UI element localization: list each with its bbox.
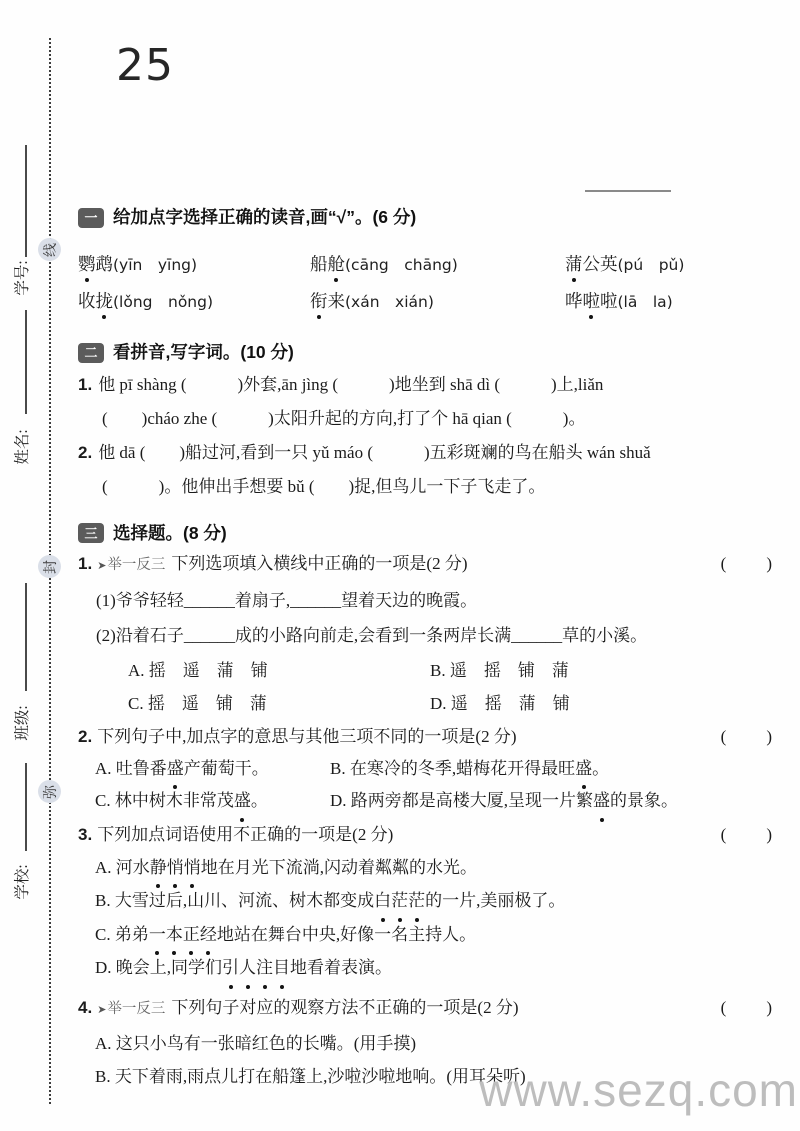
item-number: 1. [78, 375, 92, 394]
phonetic-word-grid: 鹦鹉(yīn yīng) 船舱(cāng chāng) 蒲公英(pú pǔ) 收… [78, 251, 774, 315]
class-blank-line [25, 583, 27, 691]
answer-paren: ( ) [721, 991, 774, 1024]
item-number: 2. [78, 443, 92, 462]
section-2-number-icon: 二 [78, 343, 104, 363]
hint-tag: 举一反三 [107, 993, 165, 1026]
option-a: A. 这只小鸟有一张暗红色的长嘴。(用手摸) [95, 1027, 774, 1061]
top-short-line [585, 190, 671, 192]
question-2-options: A. 吐鲁番盛产葡萄干。 B. 在寒冷的冬季,蜡梅花开得最旺盛。 C. 林中树木… [78, 753, 774, 818]
section-2-header: 二 看拼音,写字词。(10 分) [78, 339, 774, 366]
question-1-options: A. 摇 遥 蒲 铺 B. 遥 摇 铺 蒲 C. 摇 遥 铺 蒲 D. 遥 摇 … [78, 654, 774, 720]
item-text: ( )cháo zhe ( )太阳升起的方向,打了个 hā qian ( )。 [102, 409, 585, 428]
item-text: ( )。他伸出手想要 bǔ ( )捉,但鸟儿一下子飞走了。 [102, 477, 545, 496]
option-b: B. 大雪过后,山川、河流、树木都变成白茫茫的一片,美丽极了。 [95, 884, 774, 918]
section-1-number-icon: 一 [78, 208, 104, 228]
question-2: 2. 下列句子中,加点字的意思与其他三项不同的一项是(2 分) ( ) [78, 720, 774, 753]
word-item: 收拢(lǒng nǒng) [78, 288, 310, 315]
word-item: 蒲公英(pú pǔ) [565, 251, 774, 278]
item-text: 他 dā ( )船过河,看到一只 yǔ máo ( )五彩斑斓的鸟在船头 wán… [98, 443, 650, 462]
watermark: www.sezq.com [479, 1063, 798, 1117]
question-text: 下列选项填入横线中正确的一项是(2 分) [171, 547, 467, 580]
pinyin-writing-item: 2.他 dā ( )船过河,看到一只 yǔ máo ( )五彩斑斓的鸟在船头 w… [78, 436, 774, 469]
seal-char-xian: 线 [38, 238, 61, 261]
question-3: 3. 下列加点词语使用不正确的一项是(2 分) ( ) [78, 818, 774, 851]
question-subline: (2)沿着石子______成的小路向前走,会看到一条两岸长满______草的小溪… [78, 618, 774, 654]
question-number: 4. [78, 991, 92, 1024]
hint-arrow-icon: ➤ [97, 550, 106, 583]
option-c: C. 摇 遥 铺 蒲 [128, 687, 430, 720]
section-3-number-icon: 三 [78, 523, 104, 543]
question-number: 1. [78, 547, 92, 580]
answer-paren: ( ) [721, 818, 774, 851]
option-d: D. 晚会上,同学们引人注目地看着表演。 [95, 951, 774, 985]
student-id-label: 学号: [10, 260, 32, 295]
student-id-blank-line [25, 145, 27, 257]
question-1: 1. ➤ 举一反三 下列选项填入横线中正确的一项是(2 分) ( ) [78, 547, 774, 583]
section-2-title: 看拼音,写字词。(10 分) [113, 339, 294, 366]
pinyin-writing-item-cont: ( )cháo zhe ( )太阳升起的方向,打了个 hā qian ( )。 [78, 402, 774, 435]
answer-paren: ( ) [721, 547, 774, 580]
question-text: 下列句子中,加点字的意思与其他三项不同的一项是(2 分) [97, 720, 516, 753]
school-blank-line [25, 763, 27, 851]
item-text: 他 pī shàng ( )外套,ān jìng ( )地坐到 shā dì (… [98, 375, 603, 394]
question-number: 2. [78, 720, 92, 753]
word-item: 衔来(xán xián) [310, 288, 565, 315]
hint-arrow-icon: ➤ [97, 994, 106, 1027]
word-item: 哗啦啦(lā la) [565, 288, 774, 315]
word-item: 船舱(cāng chāng) [310, 251, 565, 278]
section-1-title: 给加点字选择正确的读音,画“√”。(6 分) [113, 204, 416, 231]
question-number: 3. [78, 818, 92, 851]
option-c: C. 林中树木非常茂盛。 [95, 785, 330, 818]
answer-paren: ( ) [721, 720, 774, 753]
exam-page: 25 学号: 姓名: 班级: 学校: 线 封 弥 一 给加点字选择正确的读音,画… [0, 0, 800, 1131]
section-3-title: 选择题。(8 分) [113, 520, 227, 547]
question-text: 下列句子对应的观察方法不正确的一项是(2 分) [171, 991, 518, 1024]
question-text: 下列加点词语使用不正确的一项是(2 分) [97, 818, 393, 851]
option-d: D. 遥 摇 蒲 铺 [430, 687, 774, 720]
seal-char-feng: 封 [38, 555, 61, 578]
pinyin-writing-item-cont: ( )。他伸出手想要 bǔ ( )捉,但鸟儿一下子飞走了。 [78, 470, 774, 503]
class-label: 班级: [10, 705, 32, 740]
question-subline: (1)爷爷轻轻______着扇子,______望着天边的晚霞。 [78, 583, 774, 619]
question-3-options: A. 河水静悄悄地在月光下流淌,闪动着粼粼的水光。 B. 大雪过后,山川、河流、… [78, 851, 774, 985]
page-number: 25 [116, 40, 174, 91]
seal-char-mi: 弥 [38, 780, 61, 803]
school-label: 学校: [10, 864, 32, 899]
word-item: 鹦鹉(yīn yīng) [78, 251, 310, 278]
name-blank-line [25, 310, 27, 414]
option-a: A. 摇 遥 蒲 铺 [128, 654, 430, 687]
option-b: B. 遥 摇 铺 蒲 [430, 654, 774, 687]
pinyin-writing-item: 1.他 pī shàng ( )外套,ān jìng ( )地坐到 shā dì… [78, 368, 774, 401]
option-c: C. 弟弟一本正经地站在舞台中央,好像一名主持人。 [95, 918, 774, 952]
option-a: A. 吐鲁番盛产葡萄干。 [95, 753, 330, 786]
hint-tag: 举一反三 [107, 549, 165, 582]
option-d: D. 路两旁都是高楼大厦,呈现一片繁盛的景象。 [330, 785, 774, 818]
option-b: B. 在寒冷的冬季,蜡梅花开得最旺盛。 [330, 753, 774, 786]
section-3-header: 三 选择题。(8 分) [78, 520, 774, 547]
section-1-header: 一 给加点字选择正确的读音,画“√”。(6 分) [78, 204, 774, 231]
question-4: 4. ➤ 举一反三 下列句子对应的观察方法不正确的一项是(2 分) ( ) [78, 991, 774, 1027]
name-label: 姓名: [10, 429, 32, 464]
option-a: A. 河水静悄悄地在月光下流淌,闪动着粼粼的水光。 [95, 851, 774, 885]
exam-content: 一 给加点字选择正确的读音,画“√”。(6 分) 鹦鹉(yīn yīng) 船舱… [78, 204, 774, 1094]
